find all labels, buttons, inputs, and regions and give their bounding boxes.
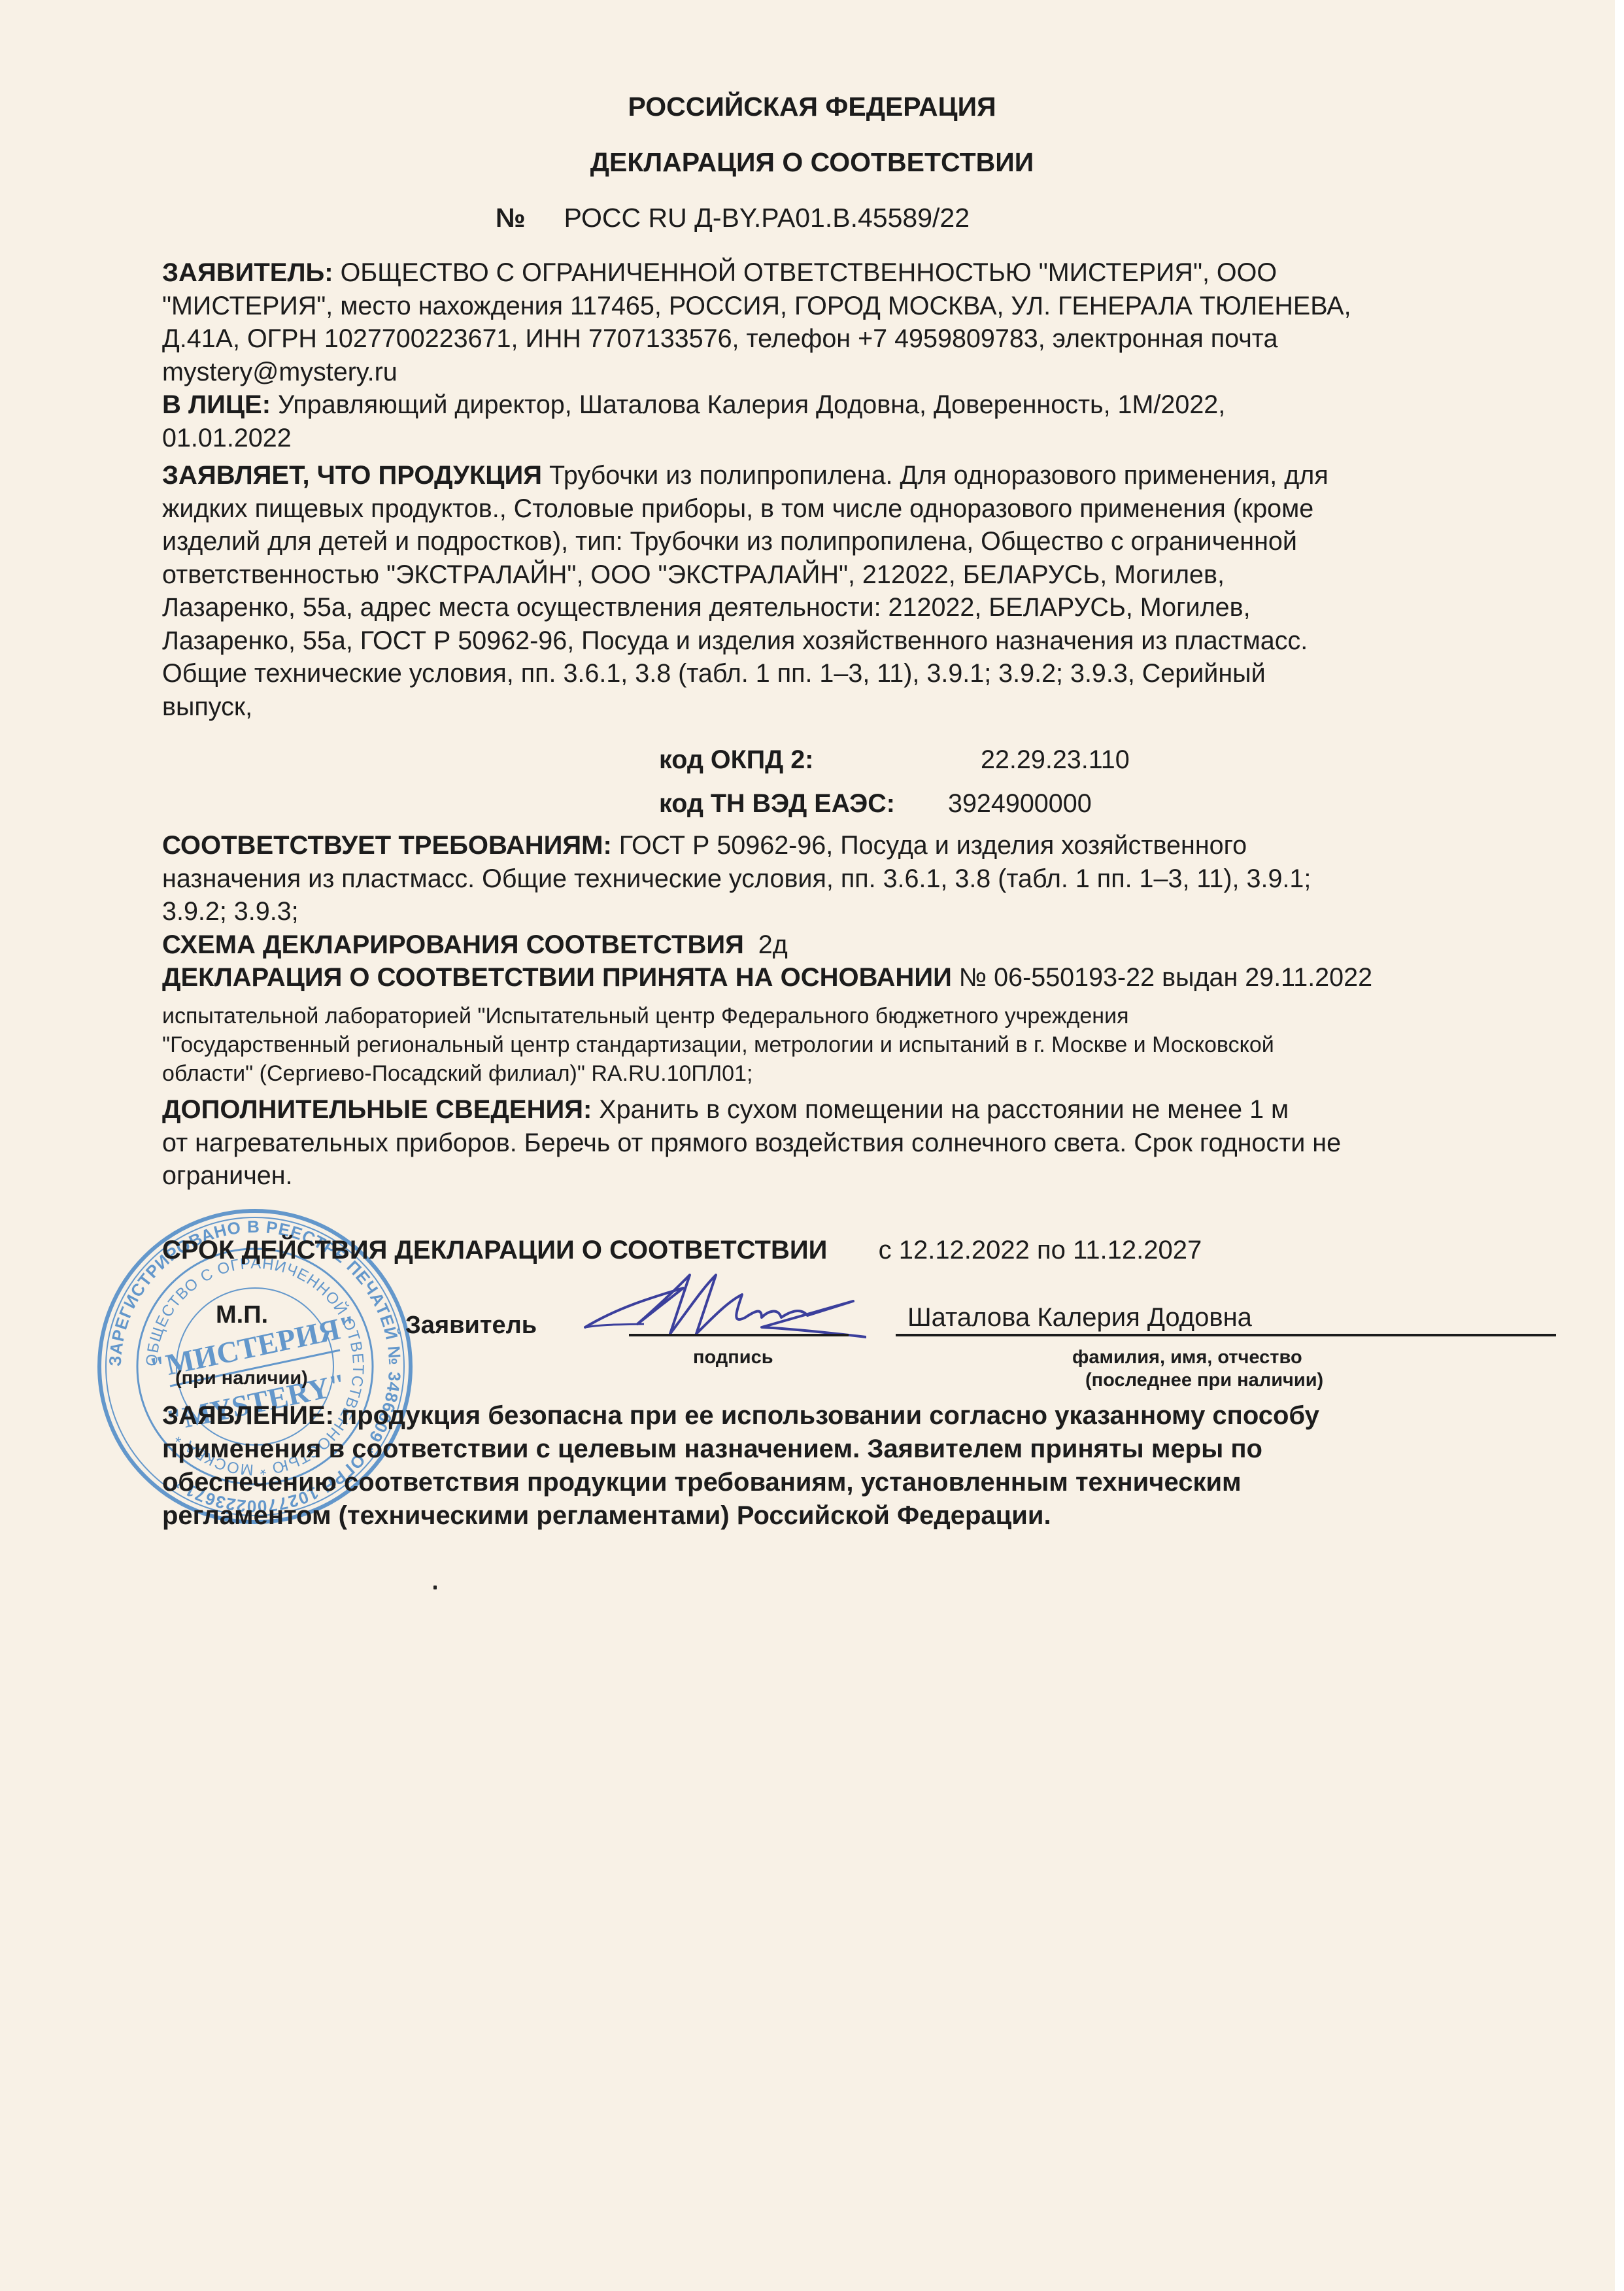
additional-section: ДОПОЛНИТЕЛЬНЫЕ СВЕДЕНИЯ: Хранить в сухом… bbox=[162, 1093, 1574, 1193]
additional-label: ДОПОЛНИТЕЛЬНЫЕ СВЕДЕНИЯ: bbox=[162, 1095, 592, 1124]
statement-line: применения в соответствии с целевым назн… bbox=[162, 1433, 1319, 1466]
applicant-line: "МИСТЕРИЯ", место нахождения 117465, РОС… bbox=[162, 290, 1574, 323]
requirements-label: СООТВЕТСТВУЕТ ТРЕБОВАНИЯМ: bbox=[162, 831, 612, 860]
statement-line: обеспечению соответствия продукции требо… bbox=[162, 1466, 1319, 1499]
product-label: ЗАЯВЛЯЕТ, ЧТО ПРОДУКЦИЯ bbox=[162, 461, 542, 490]
applicant-sign-label: Заявитель bbox=[405, 1312, 537, 1340]
product-line: жидких пищевых продуктов., Столовые приб… bbox=[162, 492, 1574, 526]
basis-line: области" (Сергиево-Посадский филиал)" RA… bbox=[162, 1059, 1574, 1088]
basis-label: ДЕКЛАРАЦИЯ О СООТВЕТСТВИИ ПРИНЯТА НА ОСН… bbox=[162, 963, 952, 992]
signer-name: Шаталова Калерия Додовна bbox=[907, 1303, 1252, 1332]
okpd-code-row: код ОКПД 2: 22.29.23.110 bbox=[0, 745, 1624, 785]
represented-by-line: Управляющий директор, Шаталова Калерия Д… bbox=[271, 390, 1225, 419]
additional-line: ограничен. bbox=[162, 1159, 1574, 1193]
product-line: изделий для детей и подростков), тип: Тр… bbox=[162, 525, 1574, 558]
product-line: выпуск, bbox=[162, 690, 1574, 724]
additional-line: Хранить в сухом помещении на расстоянии … bbox=[592, 1095, 1289, 1124]
requirements-section: СООТВЕТСТВУЕТ ТРЕБОВАНИЯМ: ГОСТ Р 50962-… bbox=[162, 829, 1574, 994]
name-caption-note: (последнее при наличии) bbox=[1085, 1370, 1323, 1391]
requirements-line: 3.9.2; 3.9.3; bbox=[162, 895, 1574, 928]
scheme-value: 2д bbox=[758, 930, 788, 959]
basis-line: испытательной лабораторией "Испытательны… bbox=[162, 1002, 1574, 1030]
signature-line bbox=[629, 1334, 849, 1336]
tnved-label: код ТН ВЭД ЕАЭС: bbox=[659, 789, 895, 819]
name-caption: фамилия, имя, отчество bbox=[1072, 1347, 1302, 1368]
page-edge bbox=[1615, 0, 1624, 2291]
scheme-label: СХЕМА ДЕКЛАРИРОВАНИЯ СООТВЕТСТВИЯ bbox=[162, 930, 744, 959]
seal-note: (при наличии) bbox=[175, 1368, 308, 1389]
product-section: ЗАЯВЛЯЕТ, ЧТО ПРОДУКЦИЯ Трубочки из поли… bbox=[162, 459, 1574, 723]
represented-by-line: 01.01.2022 bbox=[162, 422, 1574, 455]
validity-label: СРОК ДЕЙСТВИЯ ДЕКЛАРАЦИИ О СООТВЕТСТВИИ bbox=[162, 1236, 827, 1264]
basis-details: испытательной лабораторией "Испытательны… bbox=[162, 1002, 1574, 1088]
seal-label: М.П. bbox=[216, 1301, 268, 1329]
product-line: ответственностью "ЭКСТРАЛАЙН", ООО "ЭКСТ… bbox=[162, 558, 1574, 592]
basis-line: "Государственный региональный центр стан… bbox=[162, 1030, 1574, 1059]
applicant-label: ЗАЯВИТЕЛЬ: bbox=[162, 258, 333, 287]
document-title: ДЕКЛАРАЦИЯ О СООТВЕТСТВИИ bbox=[0, 147, 1624, 178]
validity-dates: с 12.12.2022 по 11.12.2027 bbox=[879, 1236, 1202, 1264]
tnved-value: 3924900000 bbox=[948, 789, 1092, 819]
tnved-code-row: код ТН ВЭД ЕАЭС: 3924900000 bbox=[0, 789, 1624, 828]
validity-row: СРОК ДЕЙСТВИЯ ДЕКЛАРАЦИИ О СООТВЕТСТВИИ … bbox=[162, 1236, 1202, 1265]
okpd-value: 22.29.23.110 bbox=[981, 745, 1130, 775]
okpd-label: код ОКПД 2: bbox=[659, 745, 813, 775]
name-line bbox=[896, 1334, 1556, 1336]
basis-value: № 06-550193-22 выдан 29.11.2022 bbox=[952, 963, 1372, 992]
statement-line: ЗАЯВЛЕНИЕ: продукция безопасна при ее ис… bbox=[162, 1399, 1319, 1433]
country-heading: РОССИЙСКАЯ ФЕДЕРАЦИЯ bbox=[0, 92, 1624, 122]
number-sign: № bbox=[496, 203, 526, 233]
applicant-line: ОБЩЕСТВО С ОГРАНИЧЕННОЙ ОТВЕТСТВЕННОСТЬЮ… bbox=[333, 258, 1277, 287]
product-line: Трубочки из полипропилена. Для одноразов… bbox=[542, 461, 1328, 490]
number-value: РОСС RU Д-BY.РА01.В.45589/22 bbox=[564, 203, 970, 233]
declaration-number: № РОСС RU Д-BY.РА01.В.45589/22 bbox=[496, 203, 970, 233]
signature-caption: подпись bbox=[693, 1347, 773, 1368]
requirements-line: ГОСТ Р 50962-96, Посуда и изделия хозяйс… bbox=[612, 831, 1247, 860]
applicant-line: Д.41А, ОГРН 1027700223671, ИНН 770713357… bbox=[162, 322, 1574, 356]
paper-speck bbox=[433, 1586, 437, 1589]
product-line: Лазаренко, 55а, адрес места осуществлени… bbox=[162, 591, 1574, 624]
applicant-section: ЗАЯВИТЕЛЬ: ОБЩЕСТВО С ОГРАНИЧЕННОЙ ОТВЕТ… bbox=[162, 256, 1574, 454]
requirements-line: назначения из пластмасс. Общие техническ… bbox=[162, 862, 1574, 896]
safety-statement: ЗАЯВЛЕНИЕ: продукция безопасна при ее ис… bbox=[162, 1399, 1319, 1533]
additional-line: от нагревательных приборов. Беречь от пр… bbox=[162, 1127, 1574, 1160]
product-line: Общие технические условия, пп. 3.6.1, 3.… bbox=[162, 657, 1574, 690]
applicant-email: mystery@mystery.ru bbox=[162, 356, 1574, 389]
product-line: Лазаренко, 55а, ГОСТ Р 50962-96, Посуда … bbox=[162, 624, 1574, 658]
represented-by-label: В ЛИЦЕ: bbox=[162, 390, 271, 419]
statement-line: регламентом (техническими регламентами) … bbox=[162, 1499, 1319, 1533]
